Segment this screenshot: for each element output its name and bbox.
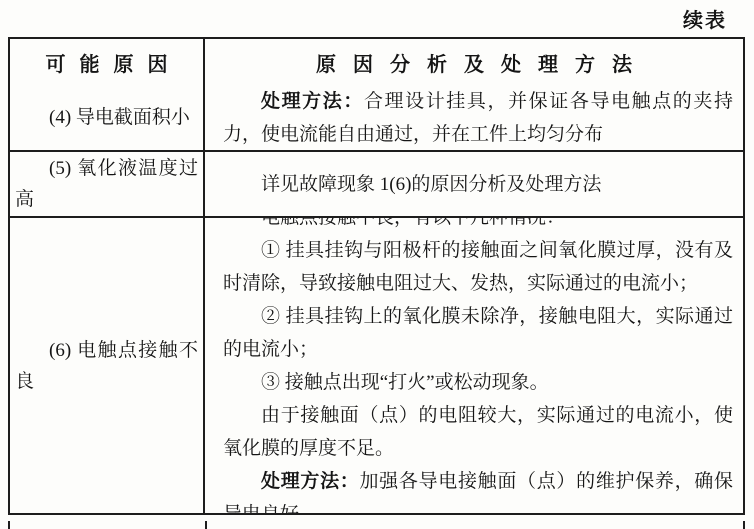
analysis-cell: 电触点接触不良，有以下几种情况：① 挂具挂钩与阳极杆的接触面之间氧化膜过厚，没有… [205, 218, 743, 513]
analysis-paragraph: 处理方法：合理设计挂具，并保证各导电触点的夹持力，使电流能自由通过，并在工件上均… [223, 85, 733, 150]
treatment-method-label: 处理方法： [261, 471, 359, 492]
analysis-paragraph: ③ 接触点出现“打火”或松动现象。 [223, 366, 733, 399]
fault-analysis-table: 可能原因 原因分析及处理方法 (4) 导电截面积小 处理方法：合理设计挂具，并保… [8, 37, 745, 515]
analysis-paragraph: 详见故障现象 1(6)的原因分析及处理方法 [223, 168, 733, 201]
table-row: (6) 电触点接触不良 电触点接触不良，有以下几种情况：① 挂具挂钩与阳极杆的接… [10, 216, 743, 513]
cause-cell: (4) 导电截面积小 [10, 85, 205, 150]
analysis-cell: 处理方法：合理设计挂具，并保证各导电触点的夹持力，使电流能自由通过，并在工件上均… [205, 85, 743, 150]
cause-text: (4) 导电截面积小 [15, 102, 198, 133]
cause-cell: (5) 氧化液温度过高 [10, 152, 205, 216]
table-row: (5) 氧化液温度过高 详见故障现象 1(6)的原因分析及处理方法 [10, 150, 743, 216]
table-continuation-divider-rule [205, 521, 207, 529]
analysis-paragraph: ② 挂具挂钩上的氧化膜未除净，接触电阻大，实际通过的电流小； [223, 300, 733, 366]
treatment-method-label: 处理方法： [261, 91, 364, 112]
table-body: (4) 导电截面积小 处理方法：合理设计挂具，并保证各导电触点的夹持力，使电流能… [10, 85, 743, 513]
analysis-cell: 详见故障现象 1(6)的原因分析及处理方法 [205, 152, 743, 216]
table-continuation-right-rule [743, 521, 745, 529]
cause-text: (5) 氧化液温度过高 [15, 153, 198, 215]
analysis-paragraph: 处理方法：加强各导电接触面（点）的维护保养，确保导电良好 [223, 465, 733, 514]
table-row: (4) 导电截面积小 处理方法：合理设计挂具，并保证各导电触点的夹持力，使电流能… [10, 85, 743, 150]
column-header-analysis-and-treatment: 原因分析及处理方法 [205, 39, 743, 85]
cause-cell: (6) 电触点接触不良 [10, 218, 205, 513]
table-header-row: 可能原因 原因分析及处理方法 [10, 39, 743, 85]
analysis-paragraph: 由于接触面（点）的电阻较大，实际通过的电流小，使氧化膜的厚度不足。 [223, 399, 733, 465]
scanned-book-page: 续表 可能原因 原因分析及处理方法 (4) 导电截面积小 处理方法：合理设计挂具… [0, 0, 754, 529]
table-continuation-left-rule [8, 521, 10, 529]
analysis-paragraph: 电触点接触不良，有以下几种情况： [223, 218, 733, 234]
analysis-paragraph: ① 挂具挂钩与阳极杆的接触面之间氧化膜过厚，没有及时清除，导致接触电阻过大、发热… [223, 234, 733, 300]
column-header-possible-cause: 可能原因 [10, 39, 205, 85]
cause-text: (6) 电触点接触不良 [15, 335, 198, 397]
continued-table-label: 续表 [683, 4, 727, 33]
